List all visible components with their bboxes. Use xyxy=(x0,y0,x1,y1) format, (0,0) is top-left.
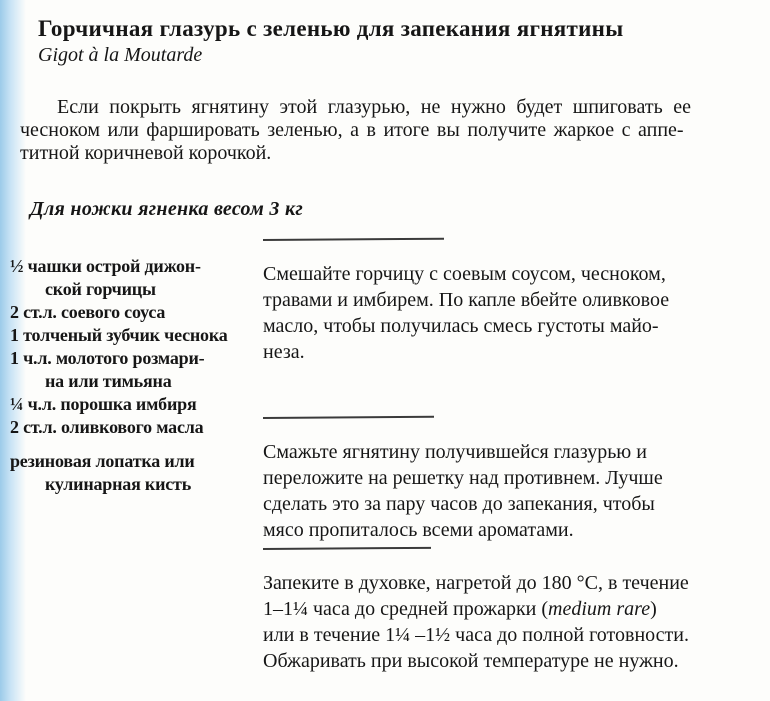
ingredient-line: ¼ ч.л. порошка имбиря xyxy=(10,393,263,416)
ingredient-line: 1 ч.л. молотого розмари- xyxy=(10,347,263,370)
recipe-title: Горчичная глазурь с зеленью для запекани… xyxy=(38,16,750,42)
intro-paragraph: Если покрыть ягнятину этой глазурью, не … xyxy=(20,96,750,165)
tools-list: резиновая лопатка или кулинарная кисть xyxy=(10,450,263,496)
step-line: Обжаривать при высокой температуре не ну… xyxy=(263,648,750,674)
step-divider-rule xyxy=(263,547,431,550)
tool-line: резиновая лопатка или xyxy=(10,450,263,473)
step-line: переложите на решетку над противнем. Луч… xyxy=(263,465,750,491)
ingredient-line: 1 толченый зубчик чеснока xyxy=(10,324,263,347)
step-line: Смажьте ягнятину получившейся глазурью и xyxy=(263,439,750,465)
step-line: или в течение 1¼ –1½ часа до полной гото… xyxy=(263,622,750,648)
step-divider-rule xyxy=(263,416,434,419)
step-line: травами и имбирем. По капле вбейте оливк… xyxy=(263,287,750,313)
ingredient-line: ½ чашки острой дижон- xyxy=(10,255,263,278)
step-divider-rule xyxy=(263,238,444,241)
step-text: 1–1¼ часа до средней прожарки ( xyxy=(263,598,548,620)
step-line: масло, чтобы получилась смесь густоты ма… xyxy=(263,313,750,339)
method-steps: Смешайте горчицу с соевым соусом, чеснок… xyxy=(263,239,750,674)
recipe-subtitle-french: Gigot à la Moutarde xyxy=(38,43,750,67)
ingredient-line: на или тимьяна xyxy=(10,370,263,393)
step-line: 1–1¼ часа до средней прожарки (medium ra… xyxy=(263,596,750,622)
step-line: Смешайте горчицу с соевым соусом, чеснок… xyxy=(263,261,750,287)
yield-heading: Для ножки ягненка весом 3 кг xyxy=(30,198,750,221)
intro-line: титной коричневой корочкой. xyxy=(20,142,750,165)
tool-line: кулинарная кисть xyxy=(10,473,263,496)
intro-line: чесноком или фаршировать зеленью, а в ит… xyxy=(20,119,750,142)
step-roast: Запеките в духовке, нагретой до 180 °С, … xyxy=(263,548,750,674)
scanned-recipe-page: Горчичная глазурь с зеленью для запекани… xyxy=(0,0,770,701)
step-line: Запеките в духовке, нагретой до 180 °С, … xyxy=(263,570,750,596)
ingredient-line: 2 ст.л. оливкового масла xyxy=(10,416,263,439)
step-line: сделать это за пару часов до запекания, … xyxy=(263,491,750,517)
ingredient-line: ской горчицы xyxy=(10,278,263,301)
step-text: ) xyxy=(650,598,657,620)
step-line: мясо пропиталось всеми ароматами. xyxy=(263,517,750,543)
step-mix-glaze: Смешайте горчицу с соевым соусом, чеснок… xyxy=(263,239,750,365)
ingredient-line: 2 ст.л. соевого соуса xyxy=(10,301,263,324)
intro-line: Если покрыть ягнятину этой глазурью, не … xyxy=(20,96,750,119)
page-content: Горчичная глазурь с зеленью для запекани… xyxy=(0,0,770,674)
step-text-italic: medium rare xyxy=(548,598,650,620)
step-line: неза. xyxy=(263,339,750,365)
recipe-columns: ½ чашки острой дижон- ской горчицы 2 ст.… xyxy=(20,239,750,674)
ingredients-list: ½ чашки острой дижон- ской горчицы 2 ст.… xyxy=(10,239,263,496)
step-coat-lamb: Смажьте ягнятину получившейся глазурью и… xyxy=(263,417,750,543)
